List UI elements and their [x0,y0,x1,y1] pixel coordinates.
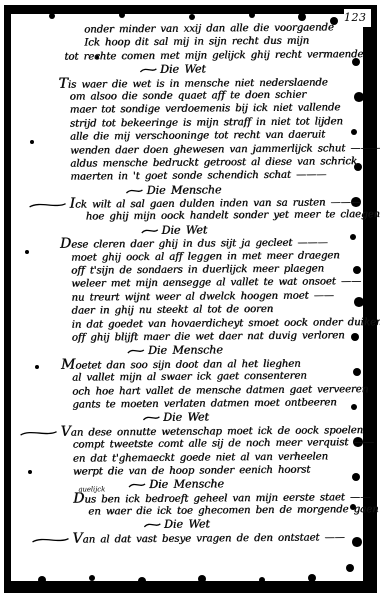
flourish-icon [143,521,161,529]
flourish-icon [140,227,158,235]
line-text: tot rechte comen met mijn gelijck ghij r… [64,49,363,63]
flourish-icon [20,427,58,437]
line-text: daer in ghij nu steekt al tot de ooren [71,304,273,317]
heading-text: Die Wet [163,411,209,424]
flourish-icon [127,347,145,355]
line-text: an al dat vast besye vragen de den ontst… [83,532,345,545]
scan-noise [0,0,4,4]
line-text: en waer die ick toe ghecomen ben de morg… [88,504,378,518]
superscript-correction: quelijck [78,486,105,493]
initial-letter: D [60,236,71,252]
line-text: en dat t'ghemaeckt goede niet al van ver… [73,451,328,464]
flourish-icon [126,187,144,195]
flourish-icon [31,534,69,544]
line-text: weleer met mijn aensegge al vallet te wa… [71,276,361,290]
line-text: Ick hoop dit sal mij in sijn recht dus m… [84,36,309,49]
flourish-icon [142,414,160,422]
line-text: om alsoo die sonde quaet aff te doen sch… [70,89,307,102]
manuscript-text-block: onder minder van xxij dan alle die voorg… [12,21,367,546]
line-text: maerten in 't goet sonde schendich schat… [70,170,326,183]
line-text: gants te moeten verlaten datmen moet ont… [72,397,336,410]
heading-text: Die Mensche [149,478,224,492]
line-text: compt tweetste comt alle sij de noch mee… [73,437,374,451]
line-text: nu treurt wijnt weer al dwelck hoogen mo… [71,290,334,303]
initial-letter: M [61,356,75,372]
manuscript-scan-page: 123 onder minder van xxij dan alle die v… [0,0,380,600]
line-text: hoe ghij mijn oock handelt sonder yet me… [86,209,380,223]
line-text: us ben ick bedroeft geheel van mijn eers… [84,492,370,505]
line-text: onder minder van xxij dan alle die voorg… [84,22,334,35]
heading-text: Die Mensche [147,183,222,197]
line-text: alle die mij verschooninge tot recht van… [70,130,325,143]
flourish-icon [139,66,157,74]
line-text: strijd tot bekeeringe is mijn straff in … [70,116,343,129]
line-text: aldus mensche bedruckt getroost al diese… [70,156,357,170]
heading-text: Die Mensche [148,344,223,358]
flourish-icon [29,200,67,210]
initial-letter: V [60,423,70,439]
line-text: maer tot sondige verdoemenis bij ick nie… [70,103,341,116]
line-text: werpt die van de hoop sonder eenich hoor… [73,464,310,477]
flourish-icon [128,481,146,489]
initial-letter: V [72,530,82,546]
heading-text: Die Wet [164,518,210,531]
line-text: al vallet mijn al swaer ick gaet consent… [72,371,307,384]
line-text: wenden daer doen ghewesen van jammerlijc… [70,142,380,156]
line-text: in dat goedet van hovaerdicheyt smoet oo… [72,316,380,330]
heading-text: Die Wet [160,63,206,76]
page-number: 123 [344,9,371,27]
line-text: och hoe hart vallet de mensche datmen ga… [72,384,368,398]
line-text: off t'sijn de sondaers in duerlijck meer… [71,263,324,276]
heading-text: Die Wet [161,223,207,236]
line-text: off ghij blijft maer die wet daer nat du… [72,330,345,343]
initial-letter: T [58,75,67,91]
line-text: moet ghij oock al aff leggen in met meer… [71,250,340,263]
